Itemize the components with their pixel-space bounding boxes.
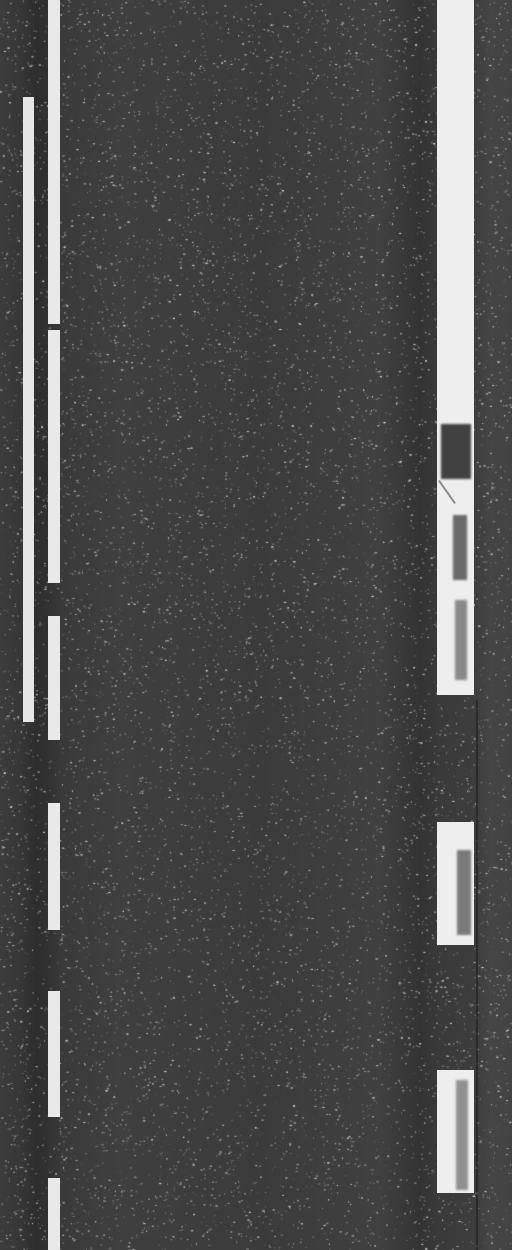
left-dash-2: [48, 330, 60, 583]
left-dash-3: [48, 616, 60, 740]
left-dash-6: [48, 1178, 60, 1250]
paint-wear-4: [456, 1080, 468, 1190]
left-dash-1: [48, 0, 60, 324]
paint-wear-2: [455, 600, 467, 680]
paint-wear-3: [457, 850, 471, 935]
asphalt-texture: [0, 0, 512, 1250]
paint-wear-1: [453, 515, 467, 580]
left-dash-5: [48, 991, 60, 1117]
paint-damage-patch: [441, 424, 471, 479]
left-solid-line: [23, 97, 34, 722]
road-aerial-image: Top-down aerial view of an asphalt road …: [0, 0, 512, 1250]
left-dash-4: [48, 803, 60, 930]
right-edge-segment-1: [437, 0, 474, 695]
pavement-seam-right: [476, 700, 478, 1250]
